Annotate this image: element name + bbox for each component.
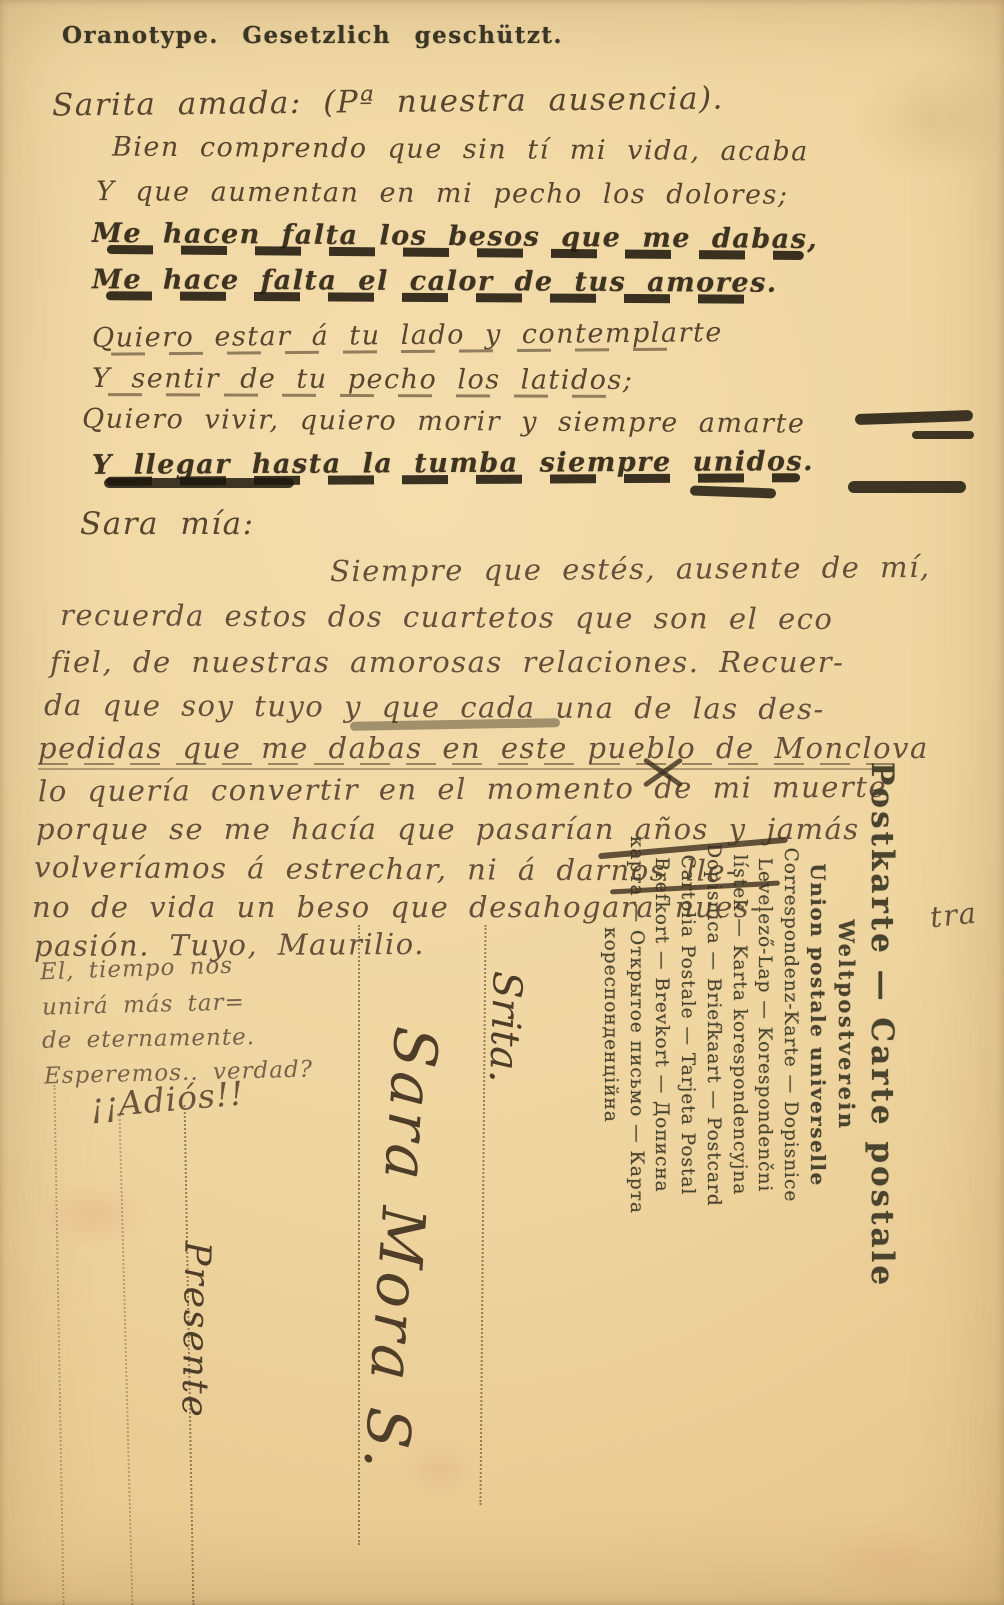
postkarte-title: Postkarte — Carte postale <box>864 762 900 1288</box>
ink-mark <box>848 481 966 493</box>
aside-line: El, tiempo nos <box>40 953 234 986</box>
letter-line: Quiero estar á tu lado y contemplarte <box>92 317 723 354</box>
letter-line: Sarita amada: (Pª nuestra ausencia). <box>52 80 724 123</box>
paper-stain <box>820 1530 960 1590</box>
address-line <box>119 1115 134 1605</box>
ink-mark <box>104 478 294 488</box>
letter-line: Siempre que estés, ausente de mí, <box>330 550 931 588</box>
multilingual-line: Brefkort — Brevkort — Дописна <box>652 857 673 1192</box>
letter-line: Quiero vivir, quiero morir y siempre ama… <box>82 403 806 439</box>
multilingual-line: кореспонденційна <box>600 927 621 1123</box>
postcard-back: Oranotype. Gesetzlich geschützt. Sarita … <box>0 0 1004 1605</box>
aside-line: de eternamente. <box>42 1024 255 1054</box>
letter-line: recuerda estos dos cuartetos que son el … <box>60 598 834 636</box>
address-line <box>53 1085 64 1605</box>
ink-mark <box>912 431 974 439</box>
multilingual-line: lístek — Karta korespondencyjna <box>729 855 750 1196</box>
weltpostverein-line: Weltpostverein <box>834 919 859 1130</box>
postcard-heading-block: Postkarte — Carte postale Weltpostverein… <box>600 795 900 1255</box>
addressee-title-script: Srita. <box>471 921 538 1133</box>
letter-line: fiel, de nuestras amorosas relaciones. R… <box>50 645 844 679</box>
ink-mark <box>855 410 973 425</box>
letter-line: pedidas que me dabas en este pueblo de M… <box>38 731 929 765</box>
multilingual-line: Correspondenz-Karte — Dopisnice <box>780 848 801 1203</box>
paper-stain <box>850 60 1004 180</box>
letter-line: Y que aumentan en mi pecho los dolores; <box>96 176 789 211</box>
multilingual-line: Levelező-Lap — Korespondenčni <box>754 858 775 1193</box>
letter-line: Me hacen falta los besos que me dabas, <box>92 218 819 255</box>
letter-line: Me hace falta el calor de tus amores. <box>92 264 778 299</box>
letter-line: Bien comprendo que sin tí mi vida, acaba <box>112 132 809 168</box>
aside-line: unirá más tar= <box>42 989 245 1020</box>
letter-line: Y sentir de tu pecho los latidos; <box>92 363 634 396</box>
addressee-name-script: Sara Mora S. <box>319 947 481 1554</box>
delivery-note-script: Presente <box>166 1185 225 1476</box>
multilingual-line: Cartolia Postale — Tarjeta Postal <box>677 855 698 1196</box>
union-postale-line: Union postale universelle <box>806 863 830 1186</box>
letter-salutation: Sara mía: <box>80 506 255 542</box>
printed-notice: Oranotype. Gesetzlich geschützt. <box>62 22 563 49</box>
multilingual-line: Dopisnica — Briefkaart — Postcard <box>703 843 724 1207</box>
ink-mark <box>690 486 776 499</box>
letter-margin-word: tra <box>928 896 979 935</box>
letter-line: Y llegar hasta la tumba siempre unidos. <box>92 446 814 481</box>
